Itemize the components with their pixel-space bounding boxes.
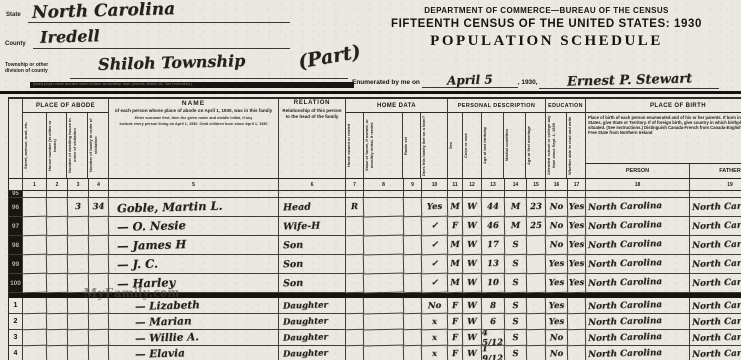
county-label: County (5, 41, 26, 47)
cell-dwelling-number (68, 255, 89, 275)
col-header-family-number: Number of family in order of visitation (88, 113, 108, 178)
cell-house-number (47, 330, 68, 347)
cell-age: 10 (482, 274, 505, 294)
census-table: PLACE OF ABODE Street, avenue, road, etc… (8, 97, 741, 360)
cell-relation: Wife-H (283, 220, 320, 232)
county-underline (33, 34, 290, 49)
col-number: 15 (527, 179, 546, 191)
enumerated-year: , 1930, (518, 79, 538, 86)
table-row-line-4: 4 — Elavia Daughter x F W 1 9/12 S No No… (9, 346, 741, 360)
cell-age-first-marriage (527, 330, 546, 346)
cell-marital-condition: S (505, 236, 527, 256)
cell-relation: Head (283, 201, 311, 213)
col-header-home-value: Value of home, if owned, or monthly rent… (364, 113, 404, 178)
cell-birthplace-person: North Carolina (588, 332, 662, 344)
cell-house-number (47, 255, 68, 275)
col-number: 1 (23, 179, 47, 191)
cell-relation: Daughter (283, 348, 328, 359)
cell-marital-condition: S (505, 330, 527, 347)
cell-radio-set (404, 330, 422, 346)
cell-marital-condition: M (505, 217, 527, 237)
cell-home-owned-rented (346, 255, 364, 274)
cell-color-race: W (463, 346, 482, 360)
cell-farm: ✓ (422, 217, 448, 237)
cell (279, 191, 346, 198)
cell-house-number (47, 198, 68, 218)
col-number: 18 (586, 179, 690, 191)
cell-read-write (568, 298, 586, 314)
cell-read-write: Yes (568, 198, 586, 217)
cell-street (23, 274, 47, 294)
name-label: NAME (112, 101, 275, 106)
cell-farm: x (422, 330, 448, 347)
cell-color-race: W (463, 314, 482, 330)
enumerator-name: Ernest P. Stewart (567, 71, 692, 89)
cell-color-race: W (463, 217, 482, 236)
cell-marital-condition: S (505, 255, 527, 275)
name-desc: of each person whose place of abode on A… (112, 108, 275, 113)
cell-house-number (47, 314, 68, 331)
cell-age: 17 (482, 236, 505, 256)
education-label: EDUCATION (546, 99, 585, 113)
state-underline (28, 8, 290, 23)
section-place-of-abode: PLACE OF ABODE Street, avenue, road, etc… (23, 99, 109, 179)
cell-name: — Marian (135, 315, 192, 328)
cell-birthplace-father: North Carolina (692, 239, 741, 251)
cell-age-first-marriage (527, 274, 546, 293)
name-note-2: Include every person living on April 1, … (112, 122, 275, 126)
cell-dwelling-number (68, 217, 89, 237)
cell-attended-school: Yes (546, 274, 568, 294)
cell-age: 13 (482, 255, 505, 275)
cell-read-write: Yes (568, 217, 586, 236)
cell-attended-school: No (546, 217, 568, 237)
cell-dwelling-number (68, 236, 89, 256)
cell-birthplace-person: North Carolina (588, 277, 662, 289)
cell-age: 44 (482, 198, 505, 218)
cell-radio-set (404, 255, 422, 274)
cell-house-number (47, 217, 68, 237)
cell-birthplace-person: North Carolina (588, 316, 662, 328)
cell-read-write: Yes (568, 236, 586, 255)
cell-relation: Son (283, 239, 303, 251)
cell-birthplace-father: North Carolina (692, 300, 741, 312)
cell-age-first-marriage: 23 (527, 198, 546, 217)
cell-farm: Yes (422, 198, 448, 218)
line-number: 96 (9, 198, 23, 217)
cell-read-write: Yes (568, 274, 586, 293)
cell-color-race: W (463, 236, 482, 255)
line-number: 4 (9, 346, 23, 360)
col-number: 8 (364, 179, 404, 191)
cell-marital-condition: S (505, 298, 527, 315)
title-block: DEPARTMENT OF COMMERCE—BUREAU OF THE CEN… (352, 0, 741, 50)
col-number-blank (9, 179, 23, 191)
cell-house-number (47, 346, 68, 360)
cell-street (23, 346, 47, 360)
township-instruction-strip: (Insert proper name and also name of cla… (30, 82, 354, 88)
cell-attended-school: No (546, 236, 568, 256)
cell-birthplace-father: North Carolina (692, 277, 741, 289)
col-header-attended-school: Attended school or college any time sinc… (546, 113, 567, 178)
cell-age: 4 5/12 (482, 330, 505, 347)
col-number: 5 (109, 179, 279, 191)
cell-attended-school: No (546, 330, 568, 347)
col-number: 13 (482, 179, 505, 191)
cell-street (23, 217, 47, 237)
col-number: 16 (546, 179, 568, 191)
cell-birthplace-person: North Carolina (588, 220, 662, 232)
township-label: Township or other division of county (5, 62, 67, 74)
cell-age-first-marriage (527, 255, 546, 274)
cell (586, 191, 690, 198)
col-number: 4 (89, 179, 109, 191)
home-data-label: HOME DATA (346, 99, 447, 113)
form-header: State North Carolina County Iredell Town… (0, 0, 741, 96)
cell-farm: ✓ (422, 236, 448, 256)
col-header-farm: Does this family live on a farm? (421, 113, 447, 178)
col-number: 17 (568, 179, 586, 191)
cell-birthplace-person: North Carolina (588, 300, 662, 312)
cell-attended-school: No (546, 346, 568, 360)
enumeration-line: Enumerated by me on April 5, 1930, Ernes… (352, 73, 741, 89)
col-number: 7 (346, 179, 364, 191)
cell-home-value (364, 329, 404, 346)
cell-color-race: W (463, 298, 482, 314)
cell-age-first-marriage (527, 314, 546, 330)
cell-birthplace-father: North Carolina (692, 201, 741, 213)
census-line: FIFTEENTH CENSUS OF THE UNITED STATES: 1… (352, 18, 741, 30)
cell-sex: F (448, 217, 463, 236)
col-header-age-first-marriage: Age at first marriage (526, 113, 545, 178)
cell-age-first-marriage (527, 298, 546, 314)
cell-farm: x (422, 314, 448, 331)
cell-read-write (568, 346, 586, 360)
cell-home-value (364, 254, 404, 274)
cell-sex: M (448, 198, 463, 217)
cell-home-value (364, 345, 404, 360)
cell-marital-condition: M (505, 198, 527, 218)
line-number: 99 (9, 255, 23, 274)
cell-street (23, 198, 47, 218)
place-of-abode-label: PLACE OF ABODE (23, 99, 108, 113)
cell-home-owned-rented: R (346, 198, 364, 217)
table-row-line-98: 98 — James H Son ✓ M W 17 S No Yes North… (9, 236, 741, 255)
cell-relation: Son (283, 277, 303, 289)
cell-attended-school: No (546, 198, 568, 218)
cell-relation: Daughter (283, 332, 328, 343)
cell-dwelling-number: 3 (68, 198, 89, 218)
cell-read-write: Yes (568, 255, 586, 274)
state-label: State (6, 12, 21, 18)
cell-home-value (364, 313, 404, 330)
cell-read-write (568, 330, 586, 346)
line-number: 3 (9, 330, 23, 346)
cell-color-race: W (463, 255, 482, 274)
rows-lines-1-4: 1 — Lizabeth Daughter No F W 8 S Yes Nor… (9, 298, 741, 360)
cell-attended-school: Yes (546, 298, 568, 315)
cell-relation: Daughter (283, 316, 328, 327)
cell-dwelling-number (68, 346, 89, 360)
cell-birthplace-father: North Carolina (692, 316, 741, 328)
cell-birthplace-person: North Carolina (588, 348, 662, 360)
cell-street (23, 314, 47, 331)
cell-house-number (47, 236, 68, 256)
place-of-birth-label: PLACE OF BIRTH (586, 99, 741, 113)
table-row-line-2: 2 — Marian Daughter x F W 6 S Yes North … (9, 314, 741, 330)
cell-home-owned-rented (346, 314, 364, 330)
cell-age: 8 (482, 298, 505, 315)
cell (690, 191, 741, 198)
cell-family-number (89, 236, 109, 256)
cell-dwelling-number (68, 314, 89, 331)
col-number: 9 (404, 179, 422, 191)
place-of-birth-desc: Place of birth of each person enumerated… (586, 113, 741, 164)
schedule-title: POPULATION SCHEDULE (352, 33, 741, 50)
name-note-1: Enter surname first, then the given name… (112, 116, 275, 120)
col-number: 14 (505, 179, 527, 191)
col-number: 10 (422, 179, 448, 191)
col-header-home-owned-rented: Home owned or rented (346, 113, 364, 178)
cell-attended-school: Yes (546, 255, 568, 275)
col-header-radio-set: Radio set (403, 113, 421, 178)
cell-sex: F (448, 346, 463, 360)
enumeration-date: April 5 (447, 72, 493, 87)
cell-sex: F (448, 314, 463, 330)
col-header-color-race: Color or race (463, 113, 482, 178)
cell-sex: F (448, 298, 463, 314)
cell-house-number (47, 274, 68, 294)
cell-color-race: W (463, 274, 482, 293)
cell-age-first-marriage (527, 236, 546, 255)
cell-color-race: W (463, 198, 482, 217)
header-divider-rule (0, 91, 741, 94)
section-place-of-birth: PLACE OF BIRTH Place of birth of each pe… (586, 99, 741, 179)
col-header-sex: Sex (448, 113, 463, 178)
cell-home-owned-rented (346, 217, 364, 236)
cell-street (23, 298, 47, 315)
cell-birthplace-person: North Carolina (588, 201, 662, 213)
cell-sex: M (448, 274, 463, 293)
cell-family-number (89, 346, 109, 360)
cell-birthplace-father: North Carolina (692, 348, 741, 360)
col-number: 6 (279, 179, 346, 191)
cell-farm: ✓ (422, 274, 448, 294)
line-number: 97 (9, 217, 23, 236)
cell-family-number (89, 255, 109, 275)
township-underline (70, 64, 348, 79)
cell-marital-condition: S (505, 346, 527, 360)
col-header-age: Age at last birthday (482, 113, 505, 178)
cell-age: 46 (482, 217, 505, 237)
cell-radio-set (404, 217, 422, 236)
section-home-data: HOME DATA Home owned or rented Value of … (346, 99, 448, 179)
cell-birthplace-person: North Carolina (588, 258, 662, 270)
cell-relation: Daughter (283, 300, 328, 311)
rows-lines-96-100: 96 3 34 Goble, Martin L. Head R Yes M W … (9, 198, 741, 293)
cell-street (23, 236, 47, 256)
cell-name: — J. C. (117, 256, 158, 271)
table-row-partial: 95 (9, 191, 741, 198)
col-header-house-number: House number (in cities or towns) (47, 113, 68, 178)
cell-farm: ✓ (422, 255, 448, 275)
cell-age: 6 (482, 314, 505, 331)
table-row-line-99: 99 — J. C. Son ✓ M W 13 S Yes Yes North … (9, 255, 741, 274)
cell-street (23, 330, 47, 347)
col-header-birth-father: FATHER (690, 164, 741, 178)
cell-age-first-marriage: 25 (527, 217, 546, 236)
column-number-row: 1 2 3 4 5 6 7 8 9 10 11 12 13 14 15 16 1… (9, 179, 741, 191)
cell-farm: x (422, 346, 448, 360)
col-number: 12 (463, 179, 482, 191)
section-name: NAME of each person whose place of abode… (109, 99, 279, 179)
cell-marital-condition: S (505, 274, 527, 294)
cell-home-value (364, 273, 404, 293)
cell-sex: F (448, 330, 463, 346)
col-number: 19 (690, 179, 741, 191)
cell-name: — James H (117, 237, 187, 253)
cell-birthplace-father: North Carolina (692, 220, 741, 232)
cell-dwelling-number (68, 330, 89, 347)
cell-home-owned-rented (346, 236, 364, 255)
cell-name: — Elavia (135, 347, 185, 360)
line-number: 95 (9, 191, 23, 198)
line-number: 98 (9, 236, 23, 255)
cell-birthplace-father: North Carolina (692, 258, 741, 270)
cell-home-value (364, 235, 404, 255)
cell-home-value (364, 216, 404, 236)
cell-read-write (568, 314, 586, 330)
cell-home-value (364, 297, 404, 314)
cell-farm: No (422, 298, 448, 315)
department-line: DEPARTMENT OF COMMERCE—BUREAU OF THE CEN… (352, 6, 741, 15)
cell-attended-school: Yes (546, 314, 568, 331)
cell-radio-set (404, 236, 422, 255)
cell-birthplace-person: North Carolina (588, 239, 662, 251)
cell-street (23, 255, 47, 275)
relation-desc: Relationship of this person to the head … (282, 108, 342, 119)
line-number-column-header (9, 99, 23, 179)
cell-home-owned-rented (346, 274, 364, 293)
table-header: PLACE OF ABODE Street, avenue, road, etc… (9, 99, 741, 179)
line-number: 100 (9, 274, 23, 293)
section-education: EDUCATION Attended school or college any… (546, 99, 586, 179)
cell-sex: M (448, 236, 463, 255)
section-personal-description: PERSONAL DESCRIPTION Sex Color or race A… (448, 99, 546, 179)
cell-sex: M (448, 255, 463, 274)
section-relation: RELATION Relationship of this person to … (279, 99, 346, 179)
cell-radio-set (404, 298, 422, 314)
cell-radio-set (404, 346, 422, 360)
cell-home-owned-rented (346, 330, 364, 346)
cell-family-number (89, 314, 109, 331)
cell-age: 1 9/12 (482, 346, 505, 360)
cell-age-first-marriage (527, 346, 546, 360)
col-header-dwelling-number: Number of dwelling house in order of vis… (67, 113, 88, 178)
cell-radio-set (404, 198, 422, 217)
cell-marital-condition: S (505, 314, 527, 331)
personal-description-label: PERSONAL DESCRIPTION (448, 99, 545, 113)
cell (109, 191, 279, 198)
cell-name: — Willie A. (135, 331, 199, 345)
cell-family-number (89, 330, 109, 347)
table-row-line-3: 3 — Willie A. Daughter x F W 4 5/12 S No… (9, 330, 741, 346)
table-row-line-97: 97 — O. Nesie Wife-H ✓ F W 46 M 25 No Ye… (9, 217, 741, 236)
col-number: 3 (68, 179, 89, 191)
line-number: 1 (9, 298, 23, 314)
line-number: 2 (9, 314, 23, 330)
cell-radio-set (404, 314, 422, 330)
cell-home-owned-rented (346, 298, 364, 314)
cell-relation: Son (283, 258, 303, 270)
cell-radio-set (404, 274, 422, 293)
watermark: MyFamily.com (84, 286, 180, 303)
col-header-birth-person: PERSON (586, 164, 690, 178)
cell-name: — O. Nesie (117, 218, 186, 234)
cell-name: Goble, Martin L. (117, 199, 223, 216)
cell-family-number (89, 217, 109, 237)
col-header-marital-condition: Marital condition (504, 113, 526, 178)
cell-home-owned-rented (346, 346, 364, 360)
col-number: 2 (47, 179, 68, 191)
col-number: 11 (448, 179, 463, 191)
enumerated-label: Enumerated by me on (352, 79, 420, 86)
col-header-street: Street, avenue, road, etc. (23, 113, 47, 178)
relation-label: RELATION (282, 101, 342, 106)
cell-color-race: W (463, 330, 482, 346)
cell-home-value (364, 197, 404, 217)
cell-birthplace-father: North Carolina (692, 332, 741, 344)
cell-house-number (47, 298, 68, 315)
table-row-line-96: 96 3 34 Goble, Martin L. Head R Yes M W … (9, 198, 741, 217)
col-header-read-write: Whether able to read and write (567, 113, 585, 178)
cell-family-number: 34 (89, 198, 109, 218)
